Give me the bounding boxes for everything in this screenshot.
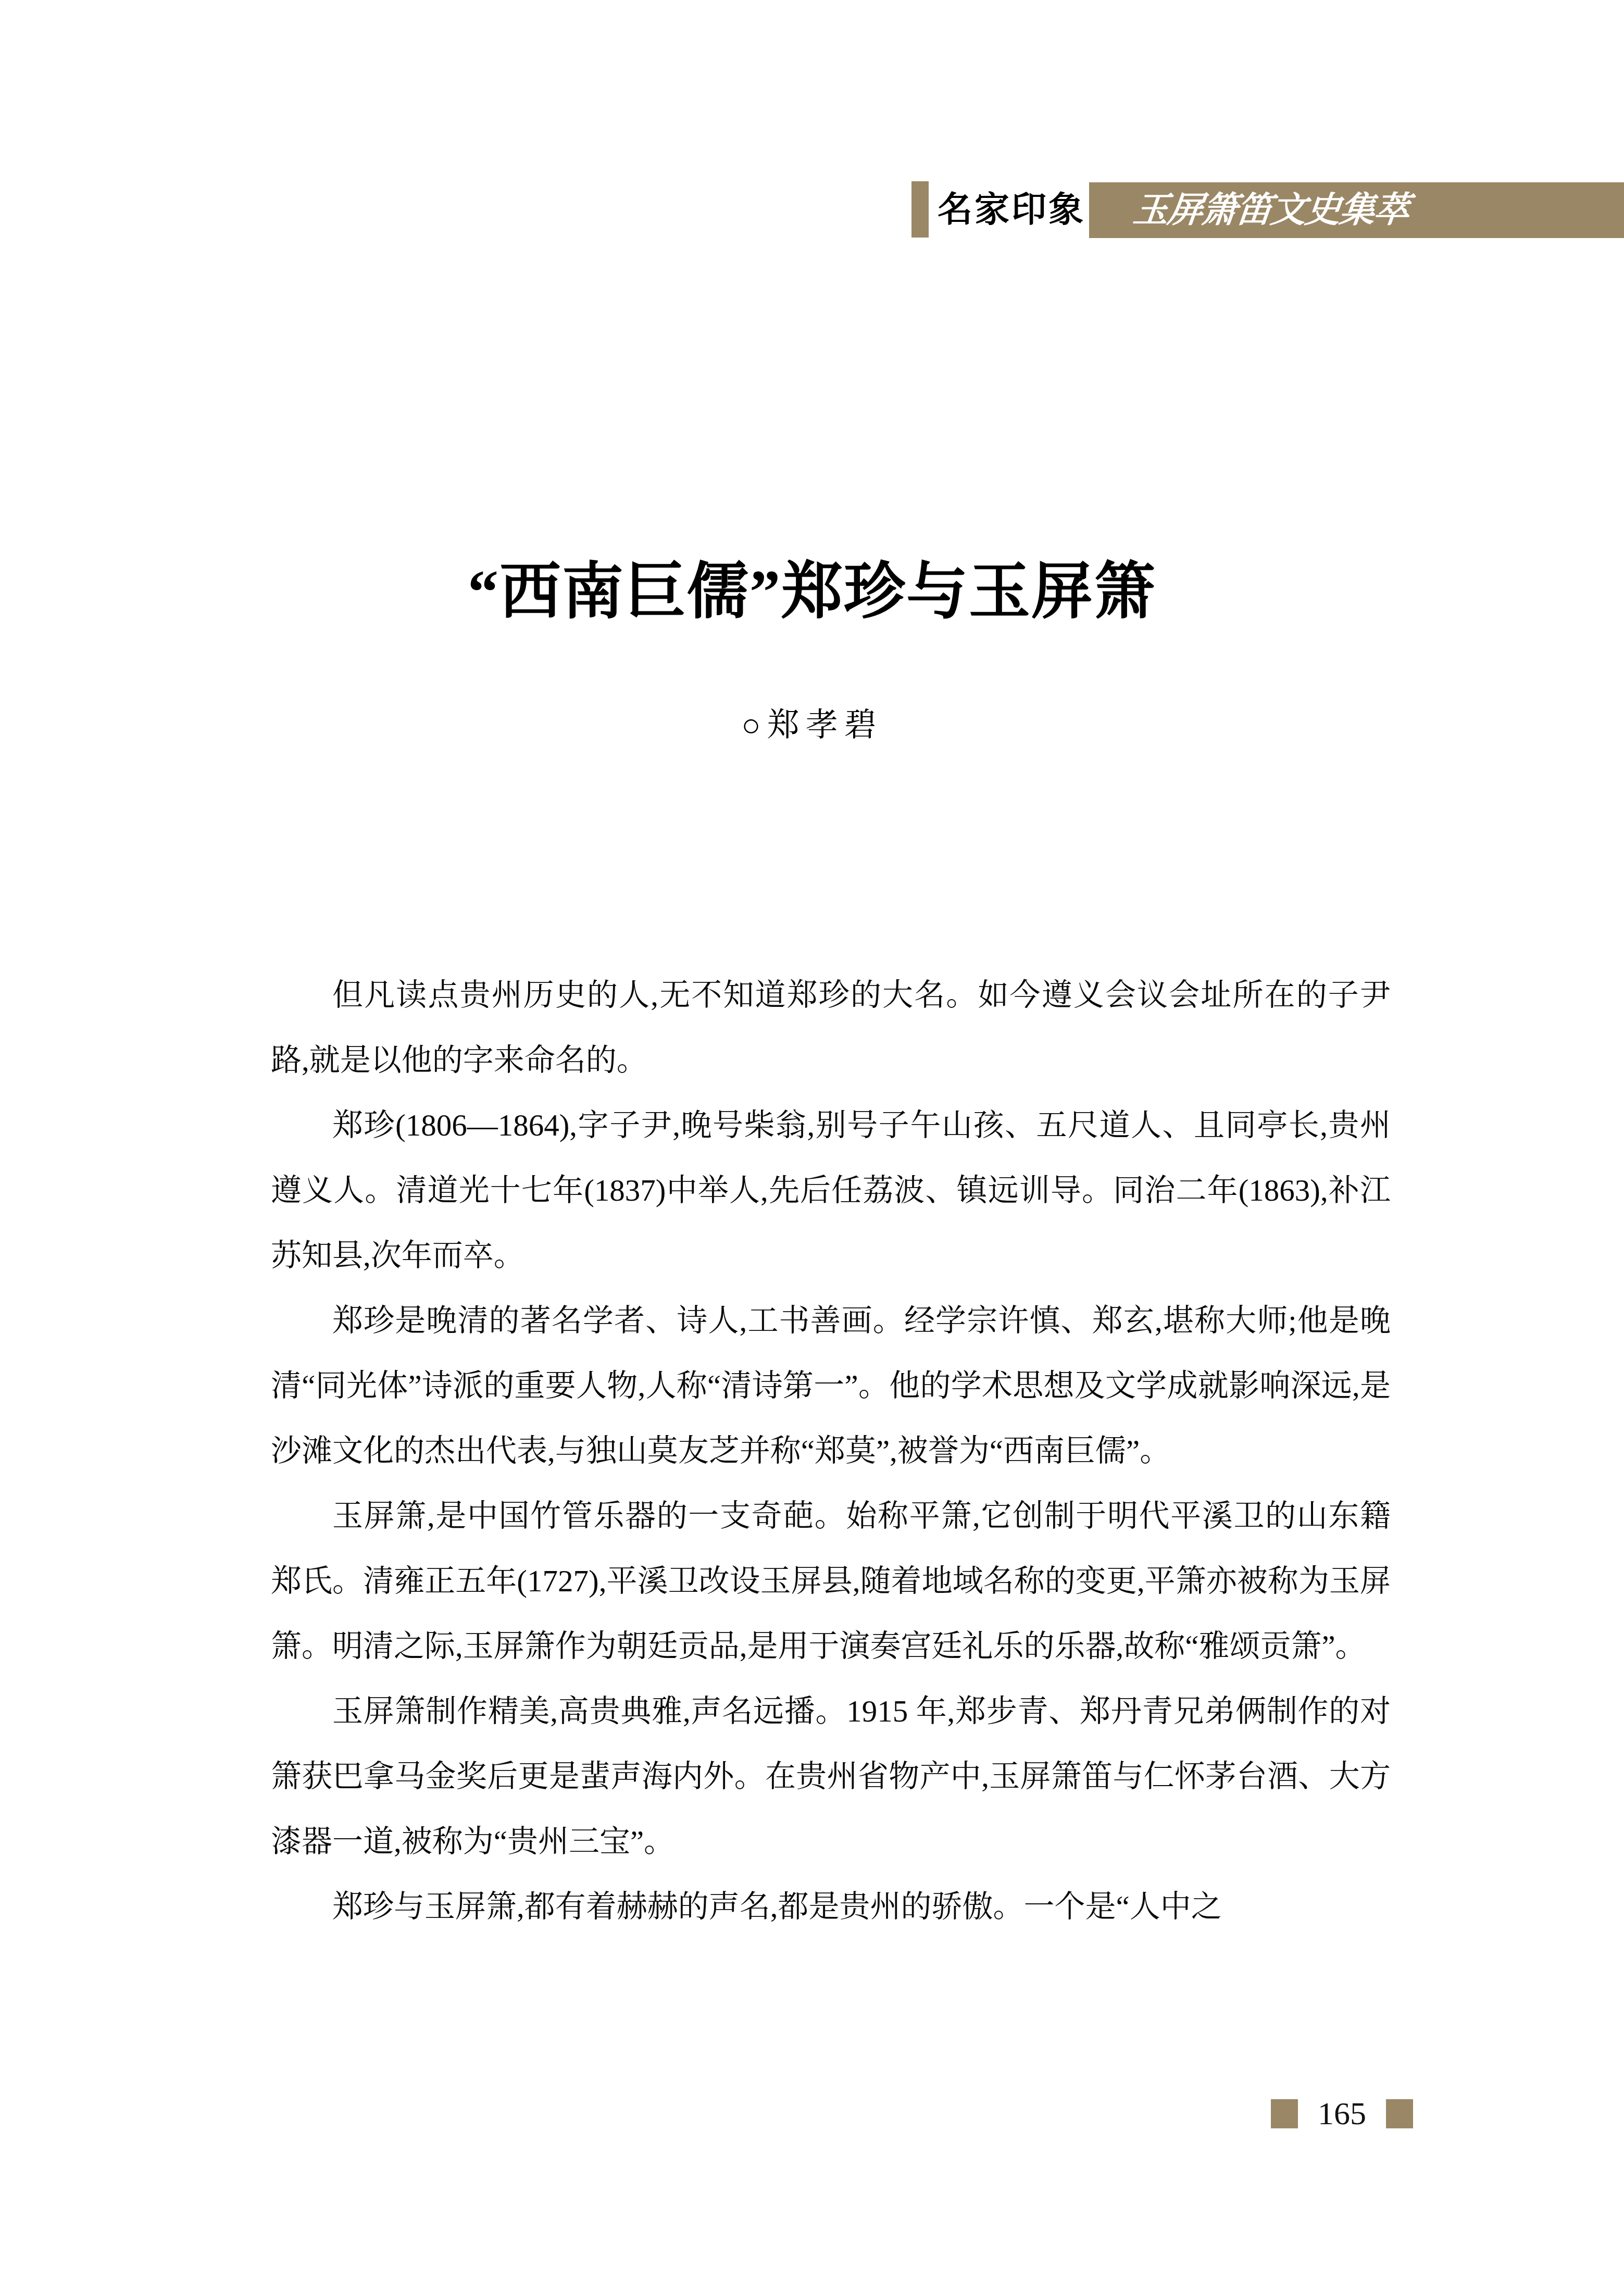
header-banner: 玉屏箫笛文史集萃 <box>1089 182 1624 238</box>
paragraph: 郑珍是晚清的著名学者、诗人,工书善画。经学宗许慎、郑玄,堪称大师;他是晚清“同光… <box>271 1288 1391 1483</box>
page-number: 165 <box>1298 2093 1386 2135</box>
header-accent-bar <box>911 181 929 238</box>
paragraph: 玉屏箫,是中国竹管乐器的一支奇葩。始称平箫,它创制于明代平溪卫的山东籍郑氏。清雍… <box>271 1483 1391 1679</box>
article-author: ○郑孝碧 <box>252 699 1372 745</box>
paragraph: 玉屏箫制作精美,高贵典雅,声名远播。1915 年,郑步青、郑丹青兄弟俩制作的对箫… <box>271 1679 1391 1874</box>
paragraph: 郑珍(1806—1864),字子尹,晚号柴翁,别号子午山孩、五尺道人、且同亭长,… <box>271 1093 1391 1288</box>
article-body: 但凡读点贵州历史的人,无不知道郑珍的大名。如今遵义会议会址所在的子尹路,就是以他… <box>271 963 1391 1939</box>
paragraph: 但凡读点贵州历史的人,无不知道郑珍的大名。如今遵义会议会址所在的子尹路,就是以他… <box>271 963 1391 1093</box>
article-title: “西南巨儒”郑珍与玉屏箫 <box>252 542 1372 630</box>
book-page: 名家印象 玉屏箫笛文史集萃 “西南巨儒”郑珍与玉屏箫 ○郑孝碧 但凡读点贵州历史… <box>0 0 1624 2269</box>
section-label: 名家印象 <box>938 182 1085 238</box>
page-number-left-ornament <box>1271 2099 1298 2128</box>
banner-calligraphy-title: 玉屏箫笛文史集萃 <box>1131 186 1410 233</box>
page-number-right-ornament <box>1386 2099 1413 2128</box>
paragraph: 郑珍与玉屏箫,都有着赫赫的声名,都是贵州的骄傲。一个是“人中之 <box>271 1874 1391 1939</box>
